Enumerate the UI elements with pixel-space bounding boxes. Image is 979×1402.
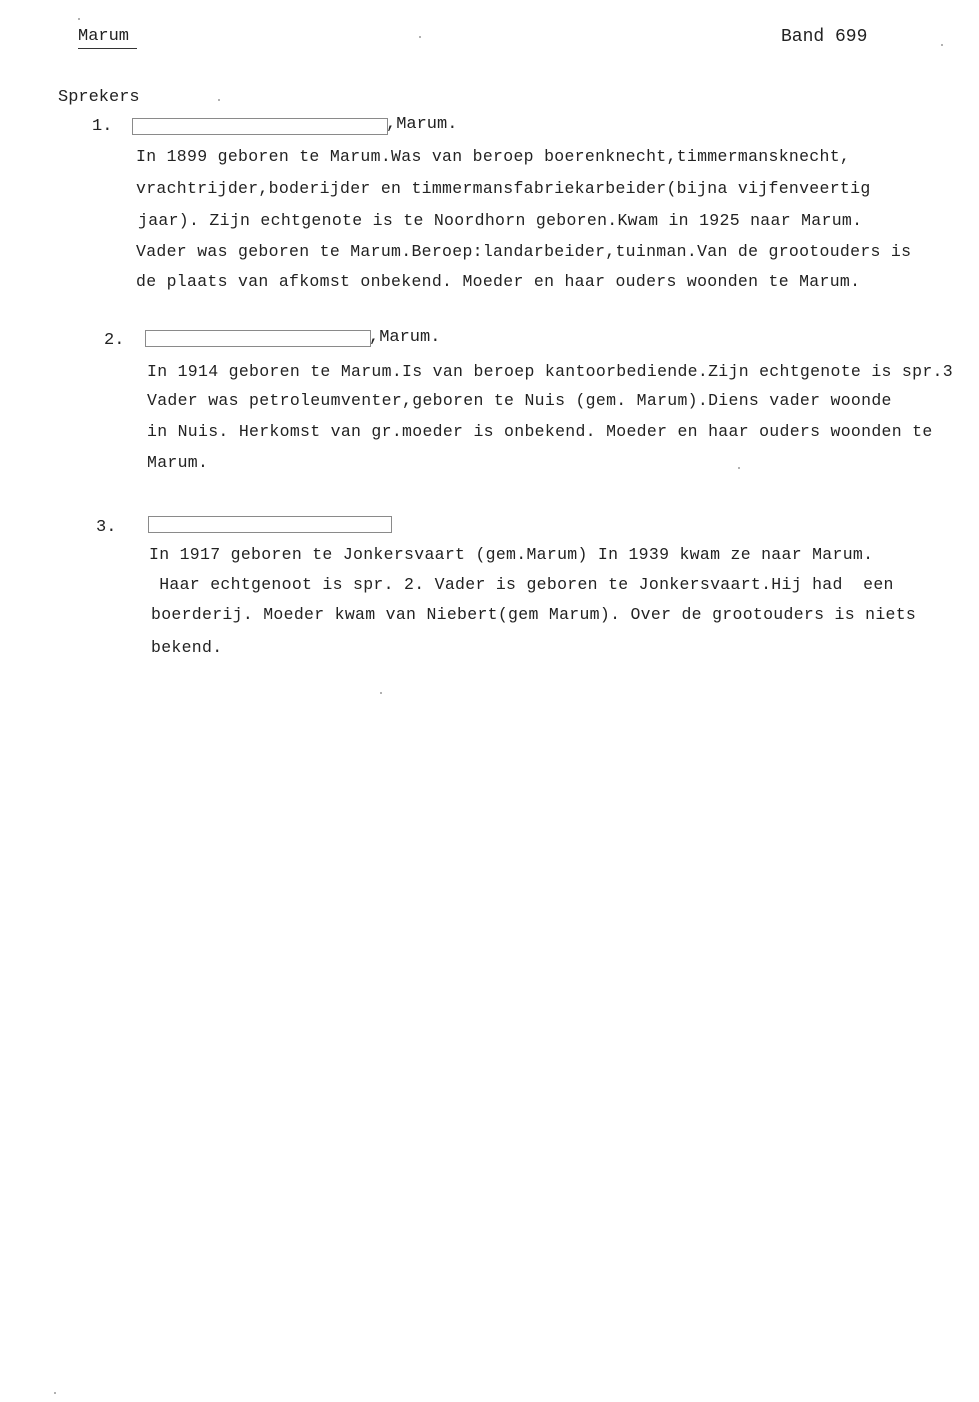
speaker-number: 3. (96, 518, 116, 537)
bio-line: Vader was petroleumventer,geboren te Nui… (147, 391, 892, 410)
redacted-name-box (148, 516, 392, 533)
scan-speck (419, 36, 421, 38)
place-heading: Marum (78, 27, 137, 49)
redacted-name-box (145, 330, 371, 347)
scan-speck (54, 1392, 56, 1394)
bio-line: in Nuis. Herkomst van gr.moeder is onbek… (147, 422, 933, 441)
speaker-location: ,Marum. (386, 115, 457, 134)
bio-line: In 1899 geboren te Marum.Was van beroep … (136, 147, 850, 166)
bio-line: Marum. (147, 453, 208, 472)
bio-line: boerderij. Moeder kwam van Niebert(gem M… (151, 605, 916, 624)
scan-speck (738, 467, 740, 469)
redacted-name-box (132, 118, 388, 135)
bio-line: In 1917 geboren te Jonkersvaart (gem.Mar… (149, 545, 873, 564)
scan-speck (941, 44, 943, 46)
bio-line: vrachtrijder,boderijder en timmermansfab… (136, 179, 871, 198)
scan-speck (380, 692, 382, 694)
bio-line: jaar). Zijn echtgenote is te Noordhorn g… (138, 211, 862, 230)
bio-line: bekend. (151, 638, 222, 657)
speaker-number: 2. (104, 331, 124, 350)
speaker-number: 1. (92, 117, 112, 136)
bio-line: Haar echtgenoot is spr. 2. Vader is gebo… (149, 575, 894, 594)
bio-line: In 1914 geboren te Marum.Is van beroep k… (147, 362, 953, 381)
band-number: Band 699 (781, 27, 867, 47)
bio-line: de plaats van afkomst onbekend. Moeder e… (136, 272, 860, 291)
speaker-location: ,Marum. (369, 328, 440, 347)
section-title: Sprekers (58, 88, 140, 107)
scan-speck (78, 18, 80, 20)
bio-line: Vader was geboren te Marum.Beroep:landar… (136, 242, 911, 261)
scan-speck (218, 99, 220, 101)
